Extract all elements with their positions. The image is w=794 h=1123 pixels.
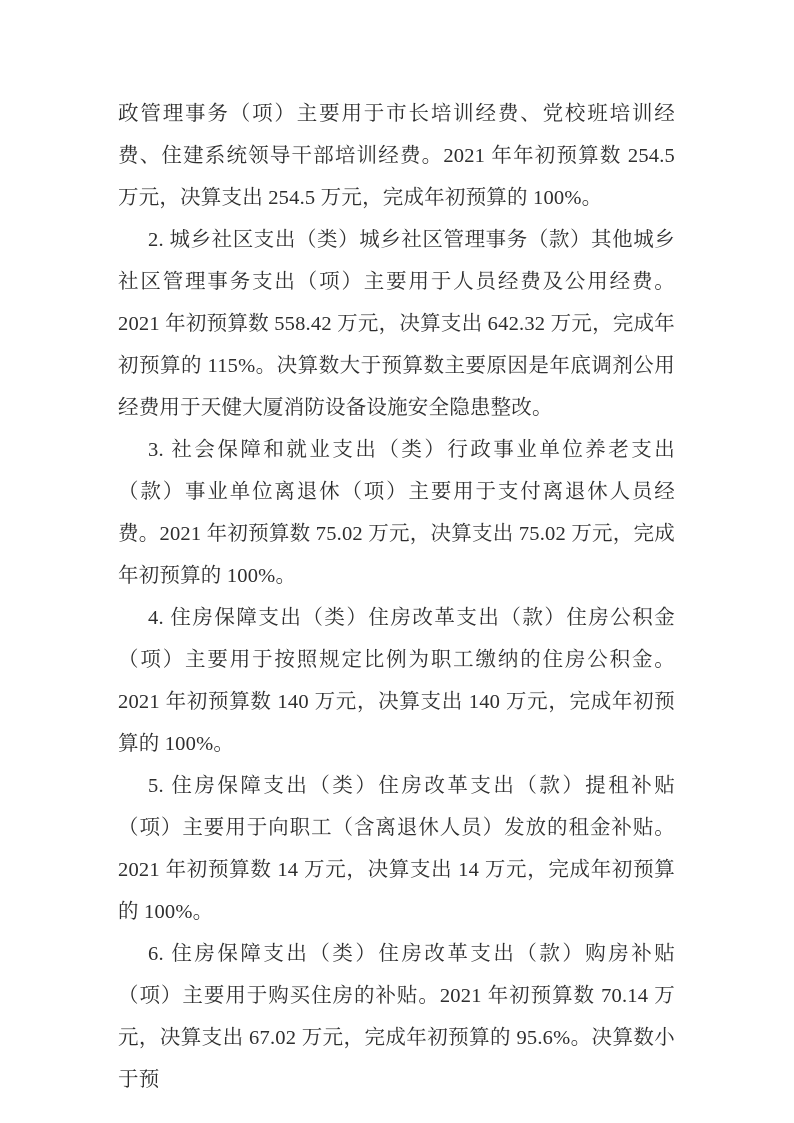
paragraph-continuation-urban-admin-affairs: 政管理事务（项）主要用于市长培训经费、党校班培训经费、住建系统领导干部培训经费。… [118,93,675,219]
document-page: 政管理事务（项）主要用于市长培训经费、党校班培训经费、住建系统领导干部培训经费。… [0,0,794,1123]
paragraph-5-rent-increase-subsidy: 5. 住房保障支出（类）住房改革支出（款）提租补贴（项）主要用于向职工（含离退休… [118,765,675,933]
paragraph-3-social-security-employment-expenditure: 3. 社会保障和就业支出（类）行政事业单位养老支出（款）事业单位离退休（项）主要… [118,429,675,597]
document-body: 政管理事务（项）主要用于市长培训经费、党校班培训经费、住建系统领导干部培训经费。… [118,93,675,1101]
paragraph-4-housing-provident-fund: 4. 住房保障支出（类）住房改革支出（款）住房公积金（项）主要用于按照规定比例为… [118,597,675,765]
paragraph-2-urban-rural-community-expenditure: 2. 城乡社区支出（类）城乡社区管理事务（款）其他城乡社区管理事务支出（项）主要… [118,219,675,429]
paragraph-6-house-purchase-subsidy: 6. 住房保障支出（类）住房改革支出（款）购房补贴（项）主要用于购买住房的补贴。… [118,933,675,1101]
